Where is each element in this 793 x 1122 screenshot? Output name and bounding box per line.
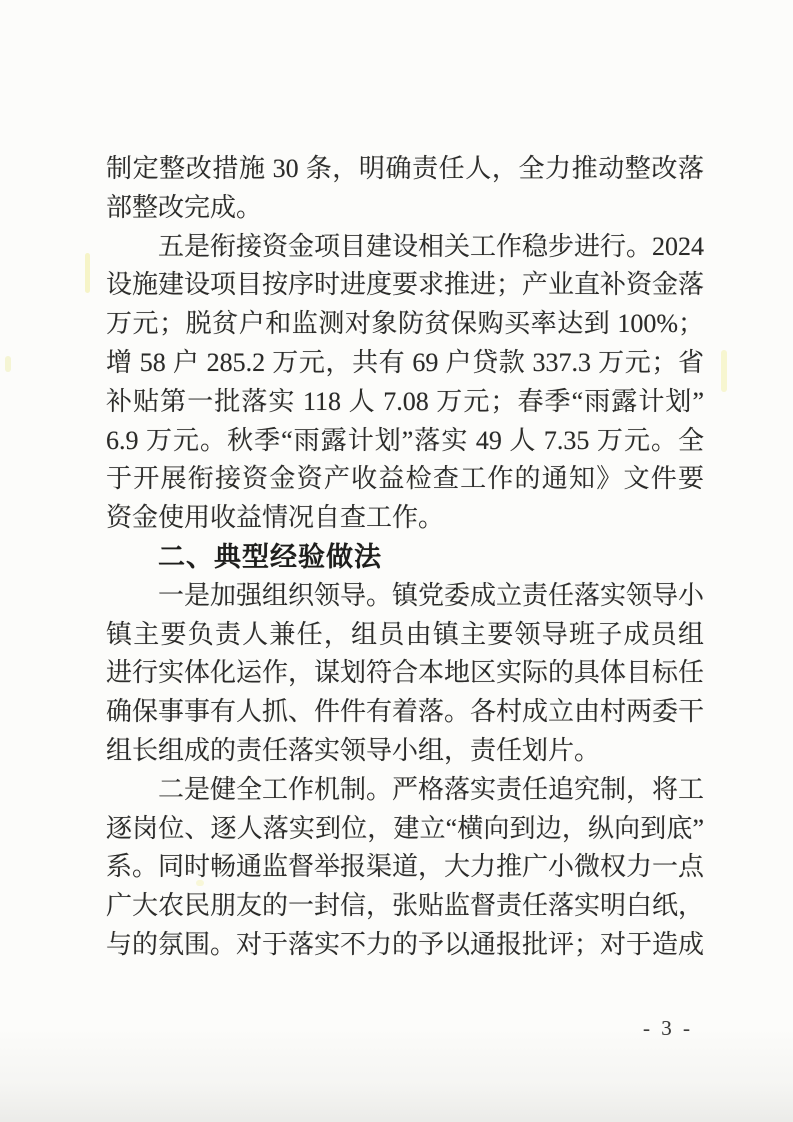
scan-streak-yellow-edge	[5, 356, 11, 372]
text-line: 系。同时畅通监督举报渠道，大力推广小微权力一点通，印发致	[106, 848, 704, 887]
page-number: - 3 -	[618, 1016, 718, 1041]
scan-streak-yellow-left	[85, 253, 90, 293]
text-line: 6.9 万元。秋季“雨露计划”落实 49 人 7.35 万元。全镇对照《关	[106, 422, 704, 461]
text-line: 设施建设项目按序时进度要求推进；产业直补资金落实 31 人 9.2	[106, 266, 704, 305]
text-line: 补贴第一批落实 118 人 7.08 万元；春季“雨露计划”落实 46 人	[106, 383, 704, 422]
text-line: 进行实体化运作，谋划符合本地区实际的具体目标任务和抓手，	[106, 654, 704, 693]
text-line: 一是加强组织领导。镇党委成立责任落实领导小组，组长由	[106, 577, 704, 616]
text-line: 与的氛围。对于落实不力的予以通报批评；对于造成严重后果的，	[106, 926, 704, 965]
document-body: 制定整改措施 30 条，明确责任人，全力推动整改落实，现已全部整改完成。五是衔接…	[106, 150, 704, 965]
paragraph: 制定整改措施 30 条，明确责任人，全力推动整改落实，现已全部整改完成。	[106, 150, 704, 228]
text-line: 确保事事有人抓、件件有着落。各村成立由村两委干部和党小组	[106, 693, 704, 732]
text-line: 于开展衔接资金资产收益检查工作的通知》文件要求，完成衔接	[106, 460, 704, 499]
text-line: 广大农民朋友的一封信，张贴监督责任落实明白纸，营造全民参	[106, 887, 704, 926]
scanned-document-page: 制定整改措施 30 条，明确责任人，全力推动整改落实，现已全部整改完成。五是衔接…	[0, 0, 793, 1122]
text-line: 制定整改措施 30 条，明确责任人，全力推动整改落实，现已全	[106, 150, 704, 189]
text-line: 增 58 户 285.2 万元，共有 69 户贷款 337.3 万元；省外务工交…	[106, 344, 704, 383]
text-line: 镇主要负责人兼任，组员由镇主要领导班子成员组成，集中办公，	[106, 616, 704, 655]
paragraph: 五是衔接资金项目建设相关工作稳步进行。2024 年度基础设施建设项目按序时进度要…	[106, 228, 704, 538]
text-line: 组长组成的责任落实领导小组，责任划片。	[106, 732, 704, 771]
scan-streak-yellow-right	[721, 350, 727, 392]
paragraph: 一是加强组织领导。镇党委成立责任落实领导小组，组长由镇主要负责人兼任，组员由镇主…	[106, 577, 704, 771]
text-line: 万元；脱贫户和监测对象防贫保购买率达到 100%；小额信贷新	[106, 305, 704, 344]
paragraph: 二是健全工作机制。严格落实责任追究制，将工作责任逐级、逐岗位、逐人落实到位，建立…	[106, 771, 704, 965]
text-line: 二是健全工作机制。严格落实责任追究制，将工作责任逐级、	[106, 771, 704, 810]
text-line: 部整改完成。	[106, 189, 704, 228]
section-heading: 二、典型经验做法	[106, 538, 704, 577]
text-line: 资金使用收益情况自查工作。	[106, 499, 704, 538]
scan-shadow-bottom	[0, 1027, 793, 1122]
heading-line: 二、典型经验做法	[106, 538, 704, 577]
text-line: 逐岗位、逐人落实到位，建立“横向到边，纵向到底”的责任体	[106, 810, 704, 849]
text-line: 五是衔接资金项目建设相关工作稳步进行。2024 年度基础	[106, 228, 704, 267]
